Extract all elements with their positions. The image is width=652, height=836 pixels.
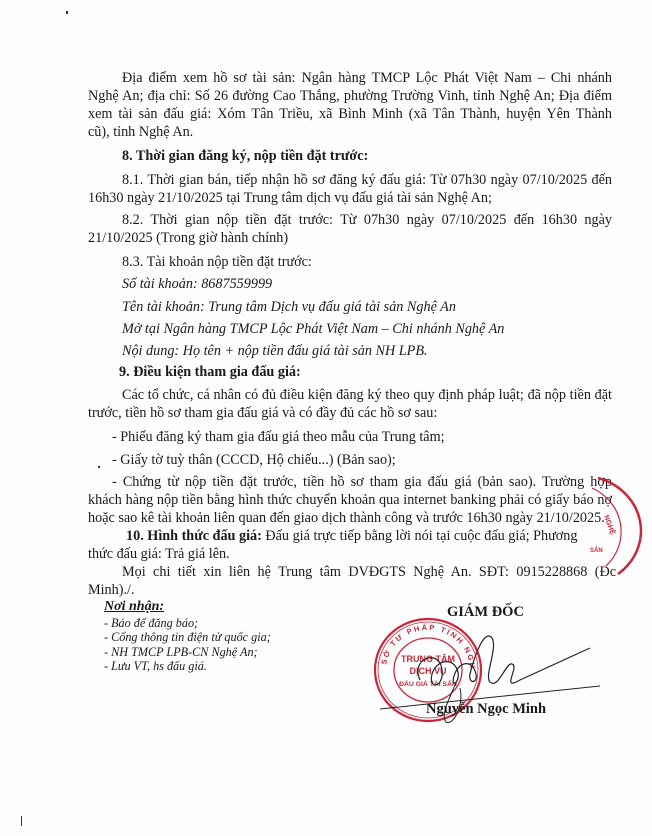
recipient-item: - Lưu VT, hs đấu giá. [104,659,271,674]
signer-name: Nguyễn Ngọc Minh [426,701,546,718]
requirement-item-1: - Phiếu đăng ký tham gia đấu giá theo mẫ… [112,429,636,445]
recipients-title: Nơi nhận: [104,600,271,615]
section-8-1-line-2: 16h30 ngày 21/10/2025 tại Trung tâm dịch… [88,190,612,206]
account-number: Số tài khoản: 8687559999 [122,276,646,292]
edge-stamp-text-2: SẢN [590,547,603,554]
section-10-line-1: 10. Hình thức đấu giá: Đấu giá trực tiếp… [126,528,650,544]
scan-speck [21,816,22,826]
account-bank: Mở tại Ngân hàng TMCP Lộc Phát Việt Nam … [122,321,646,337]
contact-line-2: Minh)./. [88,582,612,598]
section-10-text: Đấu giá trực tiếp bằng lời nói tại cuộc … [262,528,578,544]
section-9-heading: 9. Điều kiện tham gia đấu giá: [119,364,643,380]
section-8-heading: 8. Thời gian đăng ký, nộp tiền đặt trước… [122,148,646,164]
recipient-item: - NH TMCP LPB-CN Nghệ An; [104,645,271,660]
section-10-line-2: thức đấu giá: Trả giá lên. [88,546,612,562]
section-10-heading: 10. Hình thức đấu giá: [126,528,262,544]
edge-stamp-text-1: NGHỆ [602,514,617,536]
section-8-2-line-1: 8.2. Thời gian nộp tiền đặt trước: Từ 07… [122,212,612,228]
recipients-block: Nơi nhận: - Báo để đăng báo; - Cổng thôn… [104,600,271,674]
location-line-4: cũ), tỉnh Nghệ An. [88,124,612,140]
location-line-1: Địa điểm xem hồ sơ tài sản: Ngân hàng TM… [122,70,612,86]
requirement-item-3-line-1: - Chứng từ nộp tiền đặt trước, tiền hồ s… [112,474,612,490]
scan-speck [66,11,68,14]
requirement-item-2: - Giấy tờ tuỳ thân (CCCD, Hộ chiếu...) (… [112,452,636,468]
section-8-1-line-1: 8.1. Thời gian bán, tiếp nhận hồ sơ đăng… [122,172,612,188]
contact-line-1: Mọi chi tiết xin liên hệ Trung tâm DVĐGT… [122,564,616,580]
location-line-3: xem tài sản đấu giá: Xóm Tân Triều, xã B… [88,106,612,122]
recipient-item: - Cổng thông tin điện tử quốc gia; [104,630,271,645]
document-page: Địa điểm xem hồ sơ tài sản: Ngân hàng TM… [0,0,652,836]
requirement-item-3-line-3: hoặc sao kê tài khoản liên quan đến giao… [88,510,612,526]
requirement-item-3-line-2: khách hàng nộp tiền bằng hình thức chuyể… [88,492,612,508]
section-8-2-line-2: 21/10/2025 (Trong giờ hành chính) [88,230,612,246]
partial-stamp-icon: NGHỆ SẢN [590,474,652,584]
transfer-content: Nội dung: Họ tên + nộp tiền đấu giá tài … [122,343,646,359]
section-8-3-heading: 8.3. Tài khoản nộp tiền đặt trước: [122,254,646,270]
section-9-intro-line-1: Các tổ chức, cá nhân có đủ điều kiện đăn… [122,387,612,403]
location-line-2: Nghệ An; địa chỉ: Số 26 đường Cao Thắng,… [88,88,612,104]
recipient-item: - Báo để đăng báo; [104,616,271,631]
scan-speck [98,466,100,468]
section-9-intro-line-2: trước, tiền hồ sơ tham gia đấu giá và có… [88,405,612,421]
account-name: Tên tài khoản: Trung tâm Dịch vụ đấu giá… [122,299,646,315]
